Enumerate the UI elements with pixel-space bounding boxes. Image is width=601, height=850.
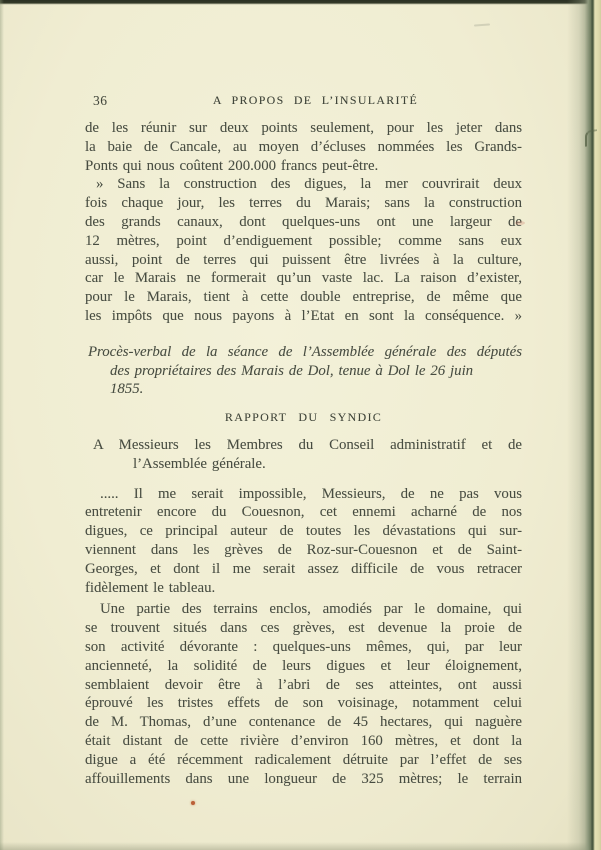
text-line: Procès-verbal de la séance de l’Assemblé… (85, 343, 522, 362)
text-line: l’Assemblée générale. (85, 455, 522, 474)
text-line: car le Marais ne formerait qu’un vaste l… (85, 269, 522, 288)
rapport-heading: RAPPORT DU SYNDIC (85, 408, 522, 427)
text-line: Georges, et dont il me serait assez diff… (85, 560, 522, 579)
top-scan-edge (0, 0, 601, 5)
text-line: » Sans la construction des digues, la me… (85, 175, 522, 194)
terrains-paragraph: Une partie des terrains enclos, amodiés … (85, 600, 522, 788)
page-header: 36 A PROPOS DE L’INSULARITÉ (85, 93, 522, 109)
text-line: digues, ce principal auteur de toutes le… (85, 522, 522, 541)
text-line: 1855. (85, 380, 522, 399)
text-line: digue a été récemment radicalement détru… (85, 751, 522, 770)
text-line: 12 mètres, point d’endiguement possible;… (85, 232, 522, 251)
text-line: les impôts que nous payons à l’Etat en s… (85, 307, 522, 326)
text-line: semblaient devoir être à l’abri de ses a… (85, 676, 522, 695)
salutation: A Messieurs les Membres du Conseil admin… (85, 436, 522, 474)
page-edge-notch (585, 129, 597, 147)
text-line: affouillements dans une longueur de 325 … (85, 770, 522, 789)
bottom-scan-shadow (0, 842, 601, 850)
text-line: Une partie des terrains enclos, amodiés … (85, 600, 522, 619)
quote-paragraph-2: » Sans la construction des digues, la me… (85, 175, 522, 325)
text-line: de M. Thomas, d’une contenance de 45 hec… (85, 713, 522, 732)
text-line: A Messieurs les Membres du Conseil admin… (85, 436, 522, 455)
text-line: la baie de Cancale, au moyen d’écluses n… (85, 138, 522, 157)
book-page-scan: 36 A PROPOS DE L’INSULARITÉ de les réuni… (0, 0, 601, 850)
text-line: pour le Marais, tient à cette double ent… (85, 288, 522, 307)
text-line: RAPPORT DU SYNDIC (85, 408, 522, 427)
text-line: des grands canaux, dont quelques-uns ont… (85, 213, 522, 232)
text-line: était distant de cette rivière d’environ… (85, 732, 522, 751)
text-line: ..... Il me serait impossible, Messieurs… (85, 485, 522, 504)
text-line: aussi, point de terres qui puissent être… (85, 251, 522, 270)
page-number: 36 (93, 93, 108, 109)
proces-verbal-note: Procès-verbal de la séance de l’Assemblé… (85, 343, 522, 399)
text-line: fidèlement le tableau. (85, 579, 522, 598)
text-line: fois chaque jour, les terres du Marais; … (85, 194, 522, 213)
text-line: éprouvé les tristes effets de son voisin… (85, 694, 522, 713)
pink-smudge (515, 221, 525, 225)
running-title: A PROPOS DE L’INSULARITÉ (85, 93, 522, 108)
pencil-smudge (474, 23, 490, 26)
text-line: viennent dans les grèves de Roz-sur-Coue… (85, 541, 522, 560)
red-ink-dot (191, 801, 195, 805)
text-line: entretenir encore du Couesnon, cet ennem… (85, 503, 522, 522)
text-line: ancienneté, la solidité de leurs digues … (85, 657, 522, 676)
text-body: de les réunir sur deux points seulement,… (85, 119, 522, 788)
text-line: son activité dévorante : quelques-uns mê… (85, 638, 522, 657)
text-line: Ponts qui nous coûtent 200.000 francs pe… (85, 157, 522, 176)
text-line: se trouvent situés dans ces grèves, est … (85, 619, 522, 638)
text-line: des propriétaires des Marais de Dol, ten… (85, 362, 522, 381)
text-line: de les réunir sur deux points seulement,… (85, 119, 522, 138)
right-page-edge (567, 0, 601, 850)
quote-paragraph-end: de les réunir sur deux points seulement,… (85, 119, 522, 175)
left-scan-shadow (0, 0, 4, 850)
couesnon-paragraph: ..... Il me serait impossible, Messieurs… (85, 485, 522, 598)
